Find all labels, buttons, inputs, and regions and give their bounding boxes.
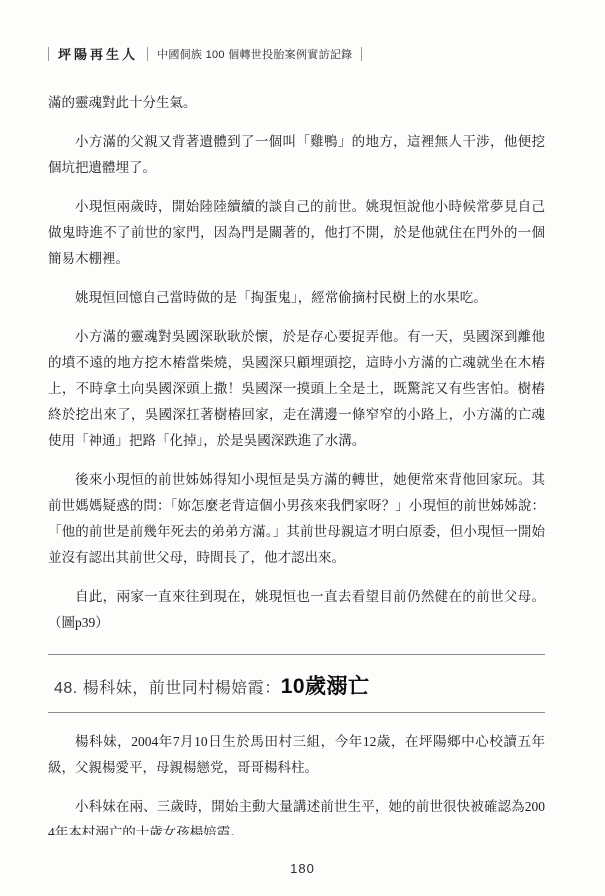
book-title: 坪陽再生人 <box>58 44 138 63</box>
case-title-emphasis: 10歲溺亡 <box>281 675 370 698</box>
paragraph: 小方滿的靈魂對吳國深耿耿於懷，於是存心要捉弄他。有一天，吳國深到離他的墳不遠的地… <box>48 324 545 454</box>
book-subtitle: 中國侗族 100 個轉世投胎案例實訪記錄 <box>157 46 352 62</box>
page-footer: 180 <box>0 860 605 878</box>
paragraph: 小科妹在兩、三歲時，開始主動大量講述前世生平，她的前世很快被確認為2004年本村… <box>48 794 545 835</box>
paragraph: 後來小現恒的前世姊姊得知小現恒是吳方滿的轉世，她便常來背他回家玩。其前世媽媽疑惑… <box>48 467 545 571</box>
paragraph: 小方滿的父親又背著遺體到了一個叫「雞鴨」的地方，這裡無人干涉，他便挖個坑把遺體埋… <box>48 129 545 181</box>
paragraph: 楊科妹，2004年7月10日生於馬田村三組，今年12歲，在坪陽鄉中心校讀五年級，… <box>48 729 545 781</box>
header-separator-left <box>48 47 49 61</box>
running-head: 坪陽再生人 中國侗族 100 個轉世投胎案例實訪記錄 <box>48 44 362 63</box>
header-separator-right <box>361 47 362 61</box>
paragraph: 小現恒兩歲時，開始陸陸續續的談自己的前世。姚現恒說他小時候常夢見自己做鬼時進不了… <box>48 194 545 272</box>
paragraph: 姚現恒回憶自己當時做的是「掏蛋鬼」，經常偷摘村民樹上的水果吃。 <box>48 285 545 311</box>
book-page: 坪陽再生人 中國侗族 100 個轉世投胎案例實訪記錄 滿的靈魂對此十分生氣。 小… <box>0 0 605 896</box>
paragraph: 滿的靈魂對此十分生氣。 <box>48 90 545 116</box>
case-number: 48. <box>54 680 78 697</box>
case-title: 楊科妹，前世同村楊婄霞： <box>78 680 281 697</box>
header-separator-middle <box>147 47 148 61</box>
page-number: 180 <box>290 861 315 876</box>
body-text: 滿的靈魂對此十分生氣。 小方滿的父親又背著遺體到了一個叫「雞鴨」的地方，這裡無人… <box>48 90 545 835</box>
case-48-heading: 48. 楊科妹，前世同村楊婄霞：10歲溺亡 <box>48 654 545 713</box>
paragraph: 自此，兩家一直來往到現在，姚現恒也一直去看望目前仍然健在的前世父母。（圖p39） <box>48 584 545 636</box>
